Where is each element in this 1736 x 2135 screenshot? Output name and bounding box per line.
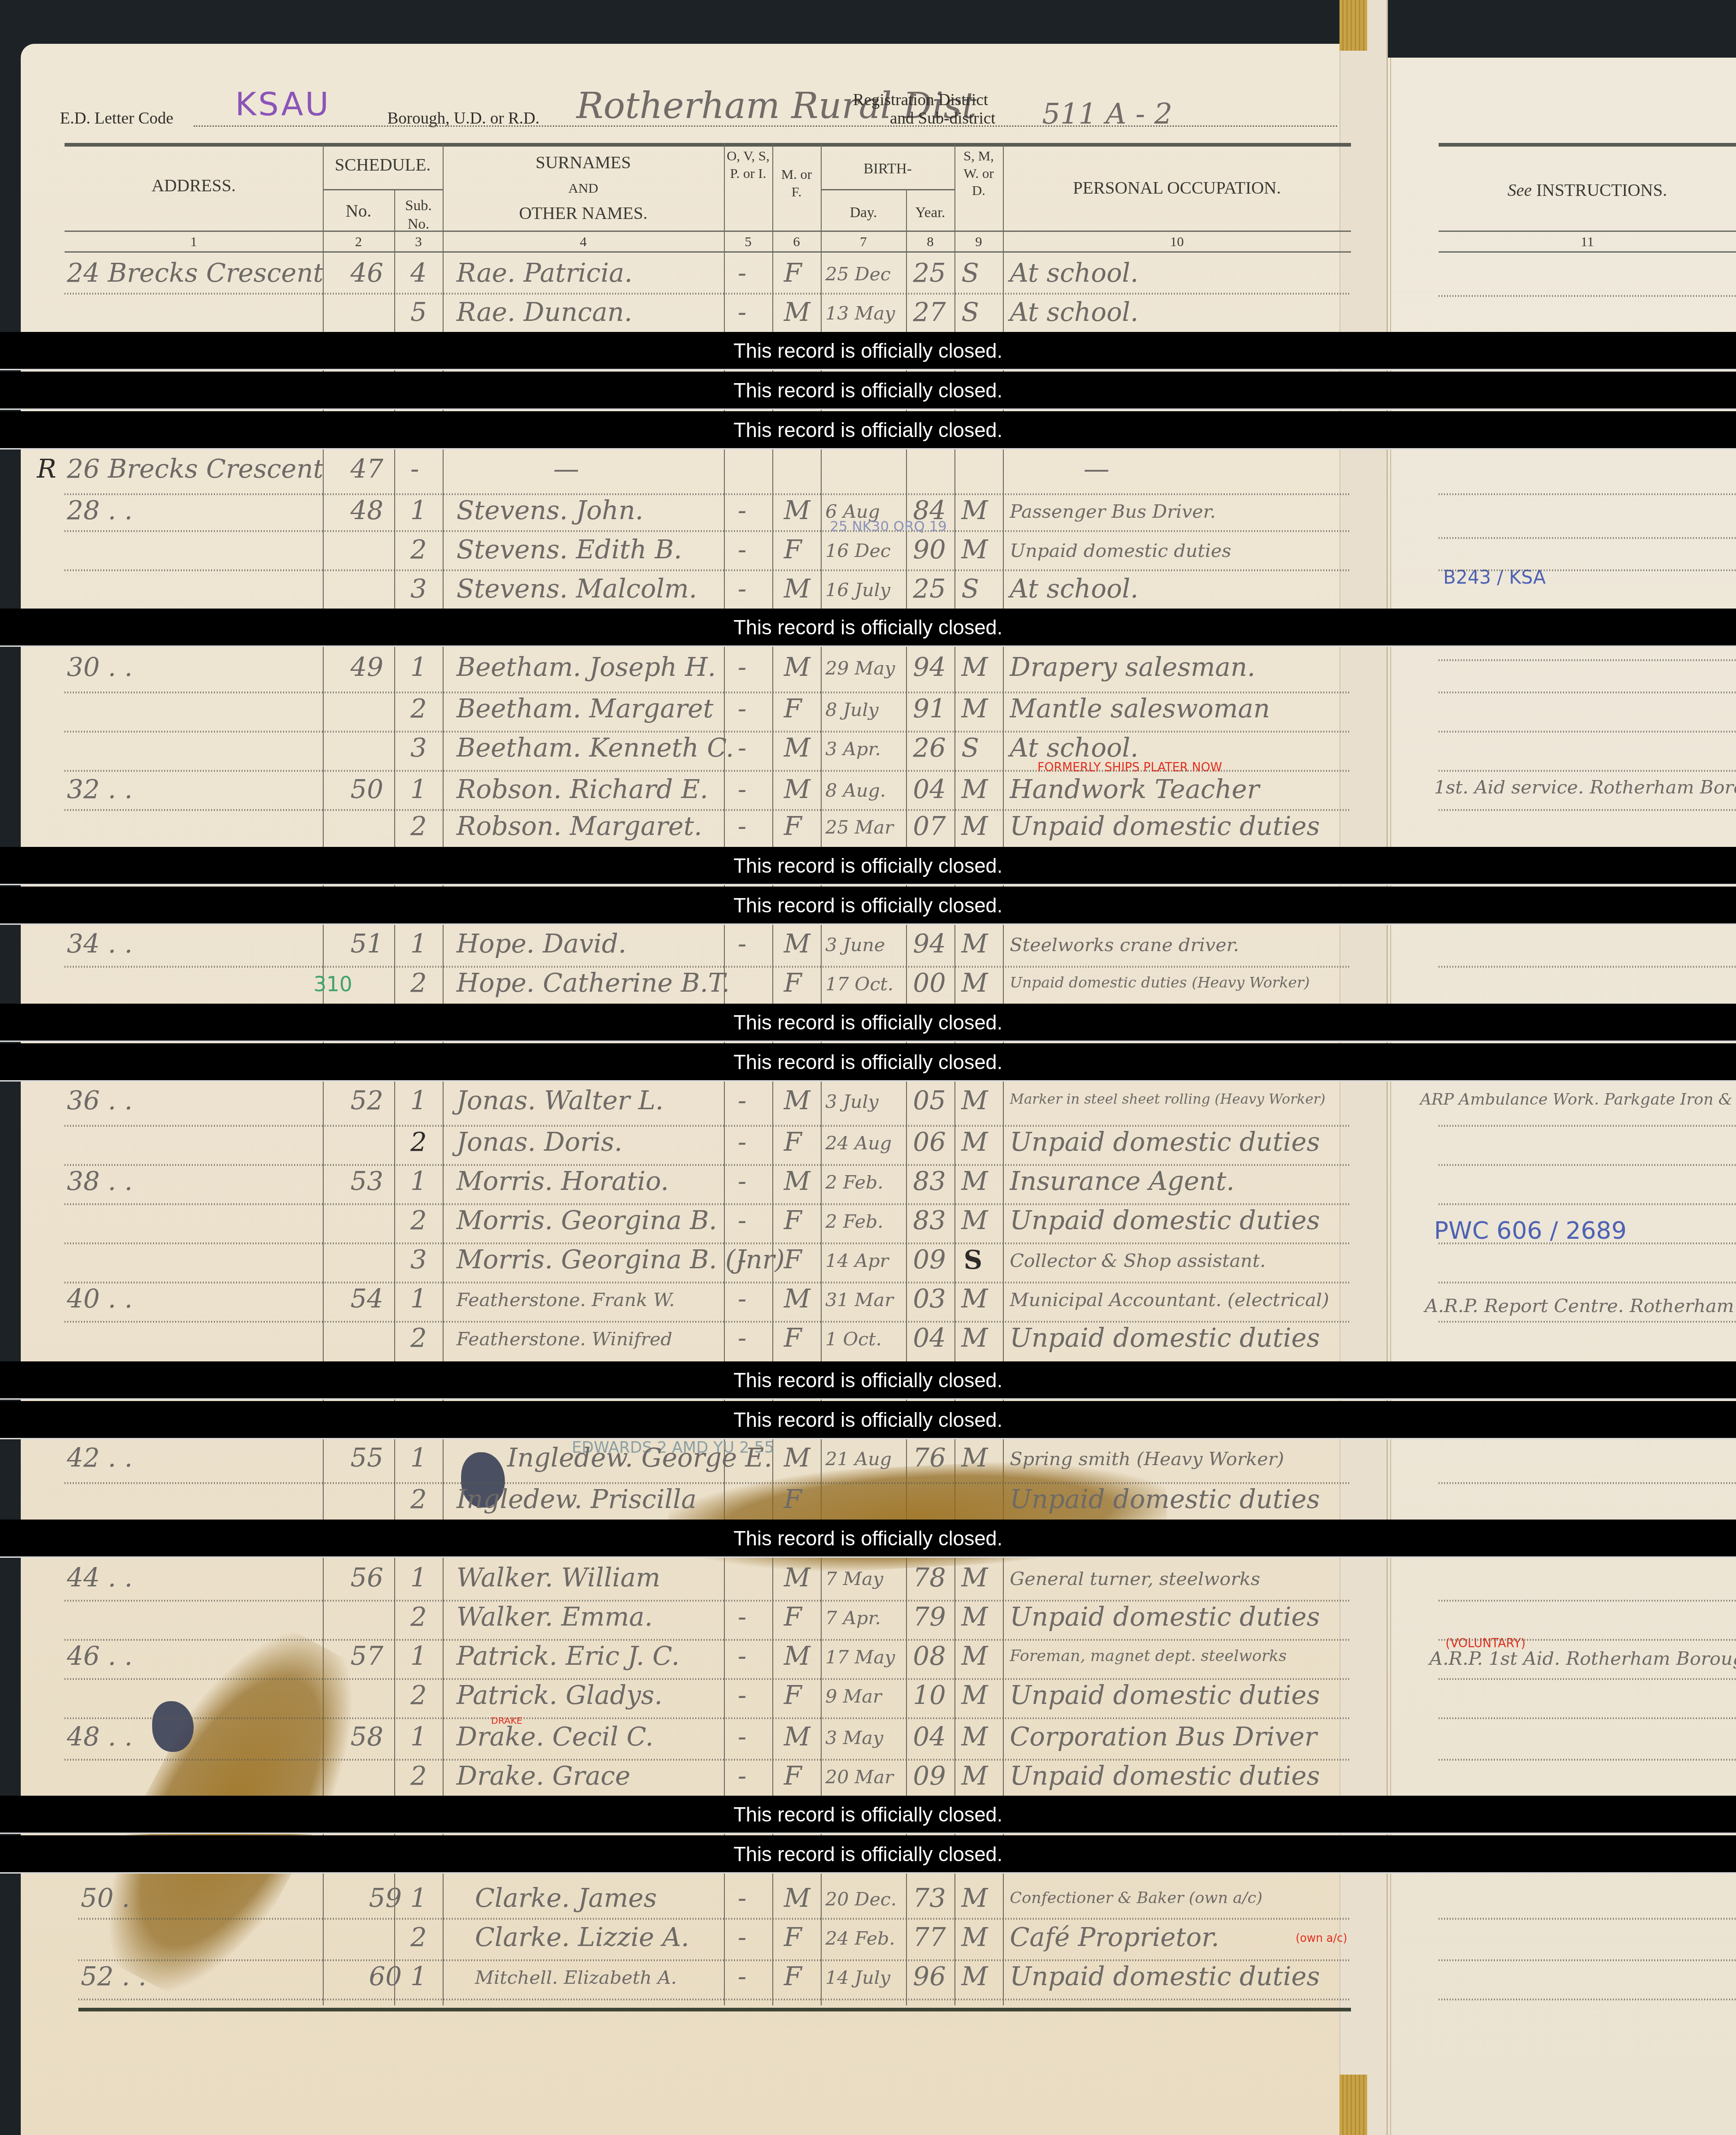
sub-no-cell: 3 [410,1245,427,1275]
name-cell: Featherstone. Frank W. [456,1289,675,1311]
occupation-cell: Unpaid domestic duties [1010,1323,1320,1353]
address-cell: 42 . . [67,1443,132,1473]
col-head-schedule-no: No. [323,201,394,223]
schedule-no-cell: 60 [369,1962,402,1992]
right-page-rule [1439,569,1736,571]
ovspi-cell: - [738,1086,747,1116]
name-cell: Walker. Emma. [456,1602,653,1632]
sex-cell: M [784,929,810,959]
sub-no-cell: 2 [410,1602,427,1632]
occupation-cell: Unpaid domestic duties [1010,1761,1320,1791]
name-cell: Drake. Cecil C. [456,1722,653,1752]
ovspi-cell: - [738,1641,747,1671]
sex-cell: F [784,1127,802,1157]
schedule-no-cell: 46 [350,258,383,288]
row-rule [65,1678,1351,1680]
schedule-no-cell: 54 [350,1284,383,1314]
row-rule [65,530,1351,532]
sub-no-cell: 1 [410,652,427,682]
marital-status-cell: M [961,1284,988,1314]
marital-status-cell: M [961,1602,988,1632]
birth-day-cell: 16 Dec [825,540,891,562]
occupation-cell: — [1084,454,1109,484]
sub-no-cell: 1 [410,496,427,526]
marital-status-cell: M [961,1563,988,1593]
sex-cell: F [784,1484,802,1514]
ovspi-cell: - [738,811,747,841]
closed-record-banner: This record is officially closed. [0,609,1736,647]
marital-status-cell: S [961,733,979,763]
occupation-cell: Unpaid domestic duties [1010,1206,1320,1236]
right-page-rule [1439,1282,1736,1283]
name-cell: Clarke. Lizzie A. [475,1922,689,1952]
name-cell: Rae. Patricia. [456,258,633,288]
marital-status-cell: M [961,968,988,998]
marital-status-cell: M [961,929,988,959]
schedule-no-cell: 57 [350,1641,383,1671]
address-cell: 36 . . [67,1086,132,1116]
birth-year-cell: 00 [913,968,946,998]
birth-day-cell: 31 Mar [825,1289,894,1311]
birth-year-cell: 09 [913,1761,946,1791]
sex-cell: M [784,1166,810,1196]
birth-year-cell: 04 [913,1323,946,1353]
marital-status-cell: M [961,652,988,682]
name-cell: Morris. Georgina B. [456,1206,717,1236]
table-bottom-rule [78,2008,1351,2011]
sex-cell: F [784,1323,802,1353]
birth-year-cell: 83 [913,1166,946,1196]
sex-cell: F [784,1761,802,1791]
marital-status-cell: S [964,1245,982,1275]
right-margin-annotation: 1st. Aid service. Rotherham Borough. [1434,777,1736,798]
right-page-rule [1439,295,1736,297]
marital-status-cell: S [961,297,979,327]
sex-cell: M [784,496,810,526]
sub-no-cell: 2 [410,694,427,724]
birth-day-cell: 2 Feb. [825,1211,883,1232]
instructions-label: INSTRUCTIONS. [1536,181,1667,200]
birth-day-cell: 8 July [825,699,878,721]
name-cell: Morris. Georgina B. (Jnr) [456,1245,785,1275]
col-head-other-names: OTHER NAMES. [443,203,724,225]
sex-cell: M [784,652,810,682]
sub-no-cell: 2 [410,1484,427,1514]
row-rule [65,692,1351,693]
address-cell: 52 . . [81,1962,146,1992]
ovspi-cell: - [738,929,747,959]
address-cell: 32 . . [67,775,132,804]
sex-cell: F [784,694,802,724]
occupation-cell: Municipal Accountant. (electrical) [1010,1289,1329,1311]
marital-status-cell: M [961,1443,988,1473]
right-margin-annotation: A.R.P. Report Centre. Rotherham [1425,1295,1734,1317]
occupation-cell: Unpaid domestic duties [1010,1602,1320,1632]
occupation-cell: Mantle saleswoman [1010,694,1270,724]
marital-status-cell: M [961,1323,988,1353]
right-page-rule [1439,537,1736,539]
occupation-cell: Marker in steel sheet rolling (Heavy Wor… [1010,1091,1325,1107]
birth-day-cell: 3 Apr. [825,739,881,760]
right-page-rule [1439,966,1736,968]
r-mark: R [37,454,56,484]
col-head-surnames: SURNAMES [443,152,724,174]
birth-year-cell: 96 [913,1962,946,1992]
right-page-rule [1439,1600,1736,1602]
sub-no-cell: 5 [410,297,427,327]
col-number-9: 9 [954,234,1003,250]
marital-status-cell: M [961,535,988,565]
marital-status-cell: S [961,574,979,604]
header-mid-rule-right [1439,231,1736,232]
birth-day-cell: 21 Aug [825,1449,892,1470]
name-cell: Mitchell. Elizabeth A. [475,1967,677,1988]
right-page-rule [1439,1482,1736,1484]
sub-no-cell: 2 [410,535,427,565]
name-cell: Hope. Catherine B.T. [456,968,730,998]
birth-year-cell: 25 [913,574,946,604]
name-cell: Patrick. Gladys. [456,1680,663,1710]
sex-cell: M [784,297,810,327]
col-head-occupation: PERSONAL OCCUPATION. [1003,177,1351,200]
red-annotation: FORMERLY SHIPS PLATER NOW [1037,761,1222,775]
col-head-sex: M. or F. [775,166,818,201]
name-cell: Beetham. Kenneth C. [456,733,734,763]
ovspi-cell: - [738,652,747,682]
col-divider-8 [906,189,907,2005]
row-rule [65,966,1351,968]
sub-no-cell: 2 [410,1127,427,1157]
closed-record-banner: This record is officially closed. [0,1796,1736,1834]
occupation-cell: Unpaid domestic duties (Heavy Worker) [1010,974,1310,991]
row-rule [78,1918,1351,1920]
address-cell: 24 Brecks Crescent [67,258,324,288]
right-page-rule [1439,1918,1736,1920]
right-page-rule [1439,659,1736,661]
occupation-cell: Insurance Agent. [1010,1166,1234,1196]
name-cell: Rae. Duncan. [456,297,632,327]
sub-no-cell: 1 [410,1722,427,1752]
schedule-no-cell: 55 [350,1443,383,1473]
ovspi-cell: - [738,297,747,327]
sex-cell: F [784,535,802,565]
ovspi-cell: - [738,694,747,724]
name-cell: Stevens. John. [456,496,643,526]
name-cell: Robson. Margaret. [456,811,702,841]
occupation-cell: Unpaid domestic duties [1010,1127,1320,1157]
closed-record-banner: This record is officially closed. [0,1043,1736,1082]
right-page-rule [1439,731,1736,733]
birth-year-cell: 77 [913,1922,946,1952]
ovspi-cell: - [738,1206,747,1236]
address-cell: 26 Brecks Crescent [67,454,324,484]
col-number-11: 11 [1439,234,1736,250]
sub-no-cell: 2 [410,1761,427,1791]
occupation-cell: Corporation Bus Driver [1010,1722,1317,1752]
closed-record-banner: This record is officially closed. [0,411,1736,449]
occupation-cell: Unpaid domestic duties [1010,811,1320,841]
marital-status-cell: M [961,1680,988,1710]
sub-no-cell: 1 [410,1883,427,1913]
schedule-no-cell: 50 [350,775,383,804]
birth-year-cell: 07 [913,811,946,841]
col-number-7: 7 [821,234,906,250]
occupation-cell: Spring smith (Heavy Worker) [1010,1449,1284,1470]
birth-day-cell: 25 Dec [825,264,891,285]
birth-year-cell: 27 [913,297,946,327]
birth-year-cell: 06 [913,1127,946,1157]
row-rule [65,1203,1351,1205]
name-cell: — [553,454,579,484]
right-page-rule [1439,809,1736,811]
red-annotation: (own a/c) [1296,1932,1347,1945]
col-number-10: 10 [1003,234,1351,250]
header-dotted-line [194,107,1337,127]
marital-status-cell: M [961,1127,988,1157]
header-bottom-rule-right [1439,251,1736,253]
binding-tape-bottom [1339,2075,1367,2135]
col-number-6: 6 [772,234,821,250]
row-rule [65,1639,1351,1641]
marital-status-cell: M [961,1962,988,1992]
sex-cell: F [784,968,802,998]
ovspi-cell: - [738,496,747,526]
sub-no-cell: 3 [410,733,427,763]
birth-day-cell: 1 Oct. [825,1329,882,1350]
birth-day-cell: 20 Dec. [825,1889,896,1910]
sub-no-cell: 1 [410,1284,427,1314]
sub-no-cell: 1 [410,1563,427,1593]
header-mid-rule [65,231,1351,232]
birth-year-cell: 79 [913,1602,946,1632]
name-cell: Beetham. Joseph H. [456,652,716,682]
header-bottom-rule [65,251,1351,253]
sub-no-cell: 2 [410,1206,427,1236]
ovspi-cell: - [738,1245,747,1275]
address-cell: 44 . . [67,1563,132,1593]
name-cell: Stevens. Malcolm. [456,574,697,604]
birth-year-cell: 09 [913,1245,946,1275]
schedule-no-cell: 56 [350,1563,383,1593]
sex-cell: F [784,1922,802,1952]
name-cell: Jonas. Doris. [456,1127,622,1157]
sub-no-cell: 3 [410,574,427,604]
ovspi-cell: - [738,1323,747,1353]
sub-no-cell: 2 [410,1680,427,1710]
row-rule [65,1600,1351,1602]
col-number-4: 4 [443,234,724,250]
ovspi-cell: - [738,535,747,565]
name-cell: Stevens. Edith B. [456,535,682,565]
ovspi-cell: - [738,1284,747,1314]
birth-year-cell: 94 [913,929,946,959]
row-rule [65,1242,1351,1244]
schedule-no-cell: 58 [350,1722,383,1752]
col-head-birth-day: Day. [821,203,906,221]
birth-day-cell: 29 May [825,658,895,679]
marital-status-cell: M [961,1722,988,1752]
birth-year-cell: 26 [913,733,946,763]
col-head-birth-year: Year. [906,203,954,221]
right-page-rule [1439,1321,1736,1323]
col-head-surnames-and: AND [443,180,724,197]
right-margin-reference: PWC 606 / 2689 [1434,1217,1627,1245]
row-rule [65,1759,1351,1761]
name-cell: Hope. David. [456,929,627,959]
birth-year-cell: 04 [913,1722,946,1752]
sex-cell: M [784,1443,810,1473]
marital-status-cell: M [961,1922,988,1952]
ovspi-cell: - [738,1602,747,1632]
marital-status-cell: M [961,1206,988,1236]
closed-record-banner: This record is officially closed. [0,1361,1736,1400]
sex-cell: M [784,1722,810,1752]
green-annotation: 310 [314,973,352,996]
right-margin-annotation: ARP Ambulance Work. Parkgate Iron & Stee… [1420,1090,1736,1109]
name-cell: Beetham. Margaret [456,694,713,724]
ovspi-cell: - [738,574,747,604]
ovspi-cell: - [738,1722,747,1752]
row-rule [65,293,1351,295]
right-page-rule [1439,1164,1736,1166]
row-rule [65,809,1351,811]
schedule-no-cell: 59 [369,1883,402,1913]
sex-cell: M [784,574,810,604]
occupation-cell: General turner, steelworks [1010,1568,1260,1590]
sub-no-cell: 2 [410,968,427,998]
header-top-rule-right [1439,143,1736,147]
ink-blot-2 [152,1701,194,1752]
occupation-cell: Foreman, magnet dept. steelworks [1010,1647,1286,1665]
ovspi-cell: - [738,1761,747,1791]
right-page-rule [1439,1203,1736,1205]
col-head-ovspi: O, V, S, P. or I. [726,148,770,182]
schedule-no-cell: 47 [350,454,383,484]
row-rule [65,1125,1351,1127]
closed-record-banner: This record is officially closed. [0,1401,1736,1439]
col-head-instructions: See INSTRUCTIONS. [1439,180,1736,202]
sub-no-cell: 1 [410,1166,427,1196]
birth-day-cell: 24 Feb. [825,1928,895,1949]
col-divider-3 [394,189,395,2005]
name-cell: Ingledew. Priscilla [456,1484,697,1514]
birth-sub-rule [821,189,954,190]
closed-record-banner: This record is officially closed. [0,1835,1736,1874]
sex-cell: M [784,1284,810,1314]
occupation-cell: At school. [1010,574,1138,604]
name-cell: Patrick. Eric J. C. [456,1641,680,1671]
right-margin-annotation: A.R.P. 1st Aid. Rotherham Borough [1429,1648,1736,1669]
col-head-schedule: SCHEDULE. [323,154,443,177]
sub-no-cell: 1 [410,1962,427,1992]
row-rule [65,1282,1351,1283]
right-page-rule [1439,1999,1736,2000]
col-head-birth: BIRTH- [821,159,954,177]
row-rule [65,569,1351,571]
closed-record-banner: This record is officially closed. [0,847,1736,885]
sub-no-cell: 1 [410,1641,427,1671]
right-page-rule [1439,1242,1736,1244]
birth-year-cell: 25 [913,258,946,288]
birth-year-cell: 08 [913,1641,946,1671]
occupation-cell: Unpaid domestic duties [1010,1484,1320,1514]
schedule-sub-rule [323,189,443,190]
birth-day-cell: 17 May [825,1647,895,1668]
sub-no-cell: 2 [410,1323,427,1353]
sub-no-cell: 1 [410,1086,427,1116]
sub-no-cell: 1 [410,1443,427,1473]
schedule-no-cell: 48 [350,496,383,526]
closed-record-banner: This record is officially closed. [0,1520,1736,1558]
address-cell: 46 . . [67,1641,132,1671]
sex-cell: F [784,1245,802,1275]
sub-no-cell: 1 [410,929,427,959]
row-rule [65,493,1351,495]
ovspi-cell: - [738,1883,747,1913]
occupation-cell: Unpaid domestic duties [1010,1962,1320,1992]
name-cell: Clarke. James [475,1883,657,1913]
sex-cell: M [784,1641,810,1671]
occupation-cell: Passenger Bus Driver. [1010,501,1216,522]
right-page-rule [1439,1959,1736,1961]
birth-day-cell: 3 May [825,1727,883,1749]
sub-no-cell: 1 [410,775,427,804]
sex-cell: F [784,1680,802,1710]
birth-day-cell: 7 Apr. [825,1608,881,1629]
marital-status-cell: M [961,811,988,841]
row-rule [65,1482,1351,1484]
occupation-cell: Café Proprietor. [1010,1922,1219,1952]
row-rule [65,731,1351,733]
registration-district-label: Registration District [853,90,988,109]
ovspi-cell: - [738,1922,747,1952]
col-number-3: 3 [394,234,443,250]
birth-year-cell: 83 [913,1206,946,1236]
row-rule [65,1717,1351,1719]
col-head-marital: S, M, W. or D. [957,148,1001,200]
overwrite-annotation: 25 NK30 ORQ 19 [830,519,947,535]
sex-cell: F [784,1602,802,1632]
ovspi-cell: - [738,258,747,288]
closed-record-banner: This record is officially closed. [0,887,1736,925]
name-cell: Featherstone. Winifred [456,1329,672,1350]
ovspi-cell: - [738,1166,747,1196]
sex-cell: F [784,811,802,841]
ovspi-cell: - [738,1680,747,1710]
ovspi-cell: - [738,1962,747,1992]
sex-cell: M [784,1086,810,1116]
occupation-cell: At school. [1010,258,1138,288]
see-prefix: See [1507,181,1532,200]
marital-status-cell: M [961,1883,988,1913]
name-cell: Jonas. Walter L. [456,1086,664,1116]
col-number-2: 2 [323,234,394,250]
sex-cell: F [784,1962,802,1992]
address-cell: 40 . . [67,1284,132,1314]
schedule-no-cell: 49 [350,652,383,682]
col-number-8: 8 [906,234,954,250]
right-page-rule [1439,692,1736,693]
schedule-no-cell: 53 [350,1166,383,1196]
marital-status-cell: M [961,1641,988,1671]
address-cell: 48 . . [67,1722,132,1752]
ed-letter-code-label: E.D. Letter Code [60,108,173,128]
right-page-rule [1439,1125,1736,1127]
sub-no-cell: 4 [410,258,427,288]
birth-year-cell: 03 [913,1284,946,1314]
sub-no-cell: 2 [410,1922,427,1952]
sub-no-cell: - [410,454,419,484]
